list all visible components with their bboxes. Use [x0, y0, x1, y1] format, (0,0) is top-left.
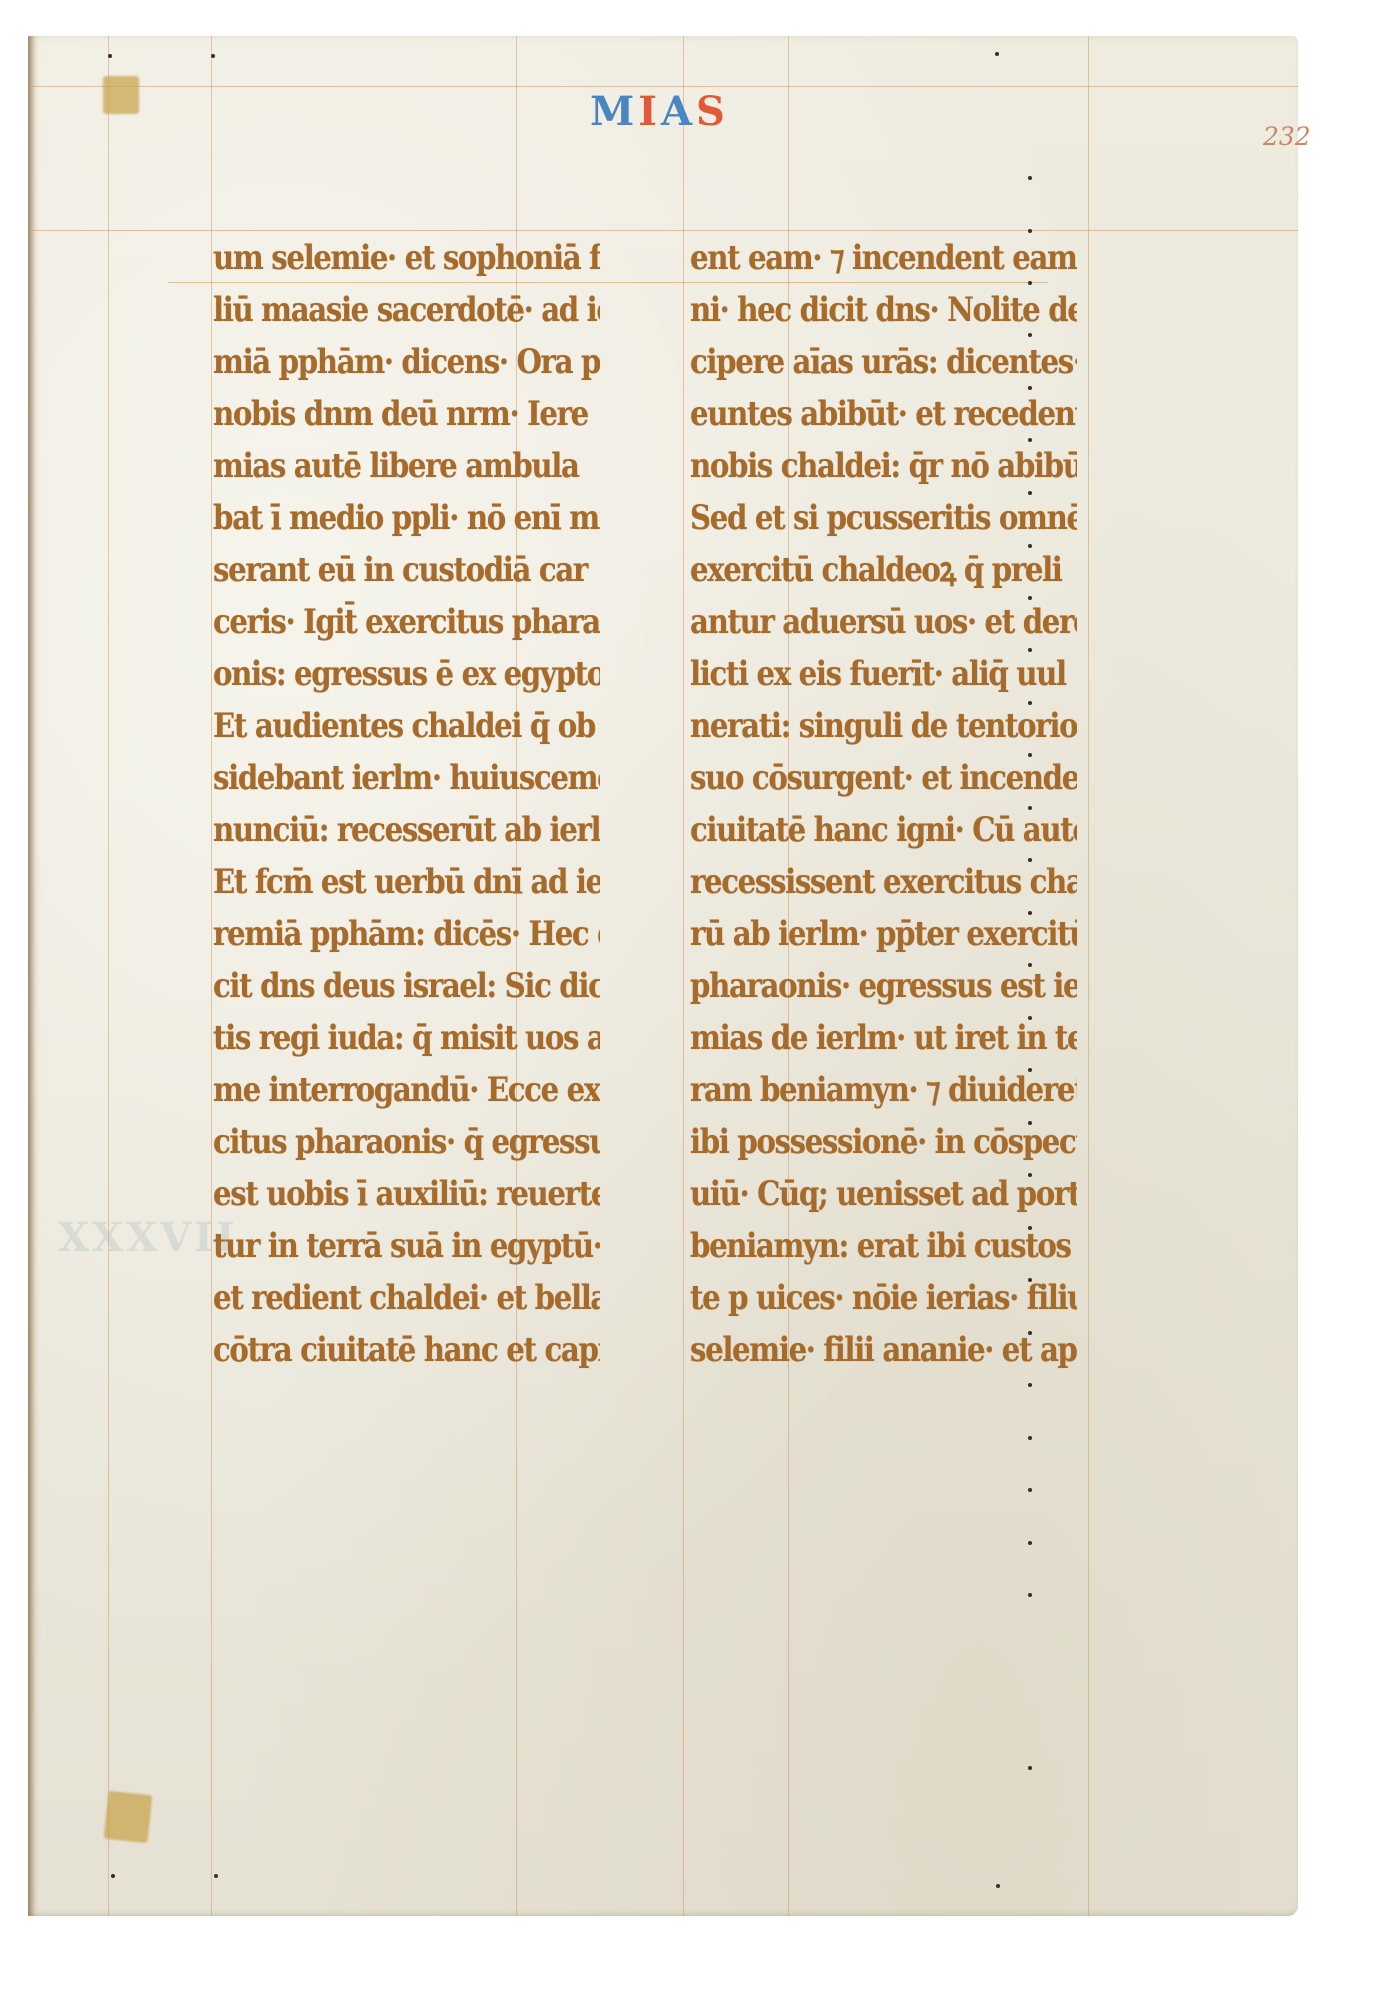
text-line: onis: egressus ē ex egypto· — [213, 648, 600, 700]
pricking-hole — [211, 54, 215, 58]
text-line: pharaonis· egressus est iere — [690, 960, 1077, 1012]
ruling-bound-left-outer — [108, 36, 109, 1916]
adhesive-stain-bottom — [104, 1791, 153, 1843]
running-title-letter: M — [590, 88, 638, 135]
text-line: beniamyn: erat ibi custos p̄ir — [690, 1220, 1077, 1272]
pricking-hole — [995, 52, 999, 56]
text-line: recessissent exercitus chaldeo — [690, 856, 1077, 908]
folio-number: 232 — [1263, 122, 1311, 151]
pricking-hole — [1028, 1436, 1032, 1440]
pricking-hole — [1028, 1383, 1032, 1387]
text-line: ceris· Igit̄ exercitus phara — [213, 596, 600, 648]
text-line: licti ex eis fuerīt· aliq̄ uul — [690, 648, 1077, 700]
pricking-hole — [111, 1874, 115, 1878]
pricking-hole — [108, 54, 112, 58]
text-line: liū maasie sacerdotē· ad iere — [213, 284, 600, 336]
text-line: remiā pphām: dicēs· Hec di — [213, 908, 600, 960]
text-line: nobis dnm deū nrm· Iere — [213, 388, 600, 440]
text-line: nunciū: recesserūt ab ierlm· — [213, 804, 600, 856]
running-title: MIAS — [590, 92, 729, 132]
pricking-hole — [214, 1874, 218, 1878]
adhesive-stain-top — [103, 76, 139, 114]
pricking-hole — [996, 1884, 1000, 1888]
text-line: sidebant ierlm· huiuscemodi — [213, 752, 600, 804]
pricking-hole — [1028, 1541, 1032, 1545]
text-line: um selemie· et sophoniā fi — [213, 232, 600, 284]
text-line: miā pphām· dicens· Ora p — [213, 336, 600, 388]
text-line: cipere aīas urās: dicentes· — [690, 336, 1077, 388]
text-line: et redient chaldei· et bellabūt — [213, 1272, 600, 1324]
text-line: exercitū chaldeoꝝ q̄ preli — [690, 544, 1077, 596]
ruling-bound-left-inner — [211, 36, 212, 1916]
ruling-line-top — [28, 86, 1298, 87]
ruling-line-header — [28, 230, 1298, 231]
text-line: rū ab ierlm· pp̄ter exercitū — [690, 908, 1077, 960]
running-title-letter: A — [661, 88, 696, 135]
text-line: citus pharaonis· q̄ egressus — [213, 1116, 600, 1168]
text-line: nerati: singuli de tentorio — [690, 700, 1077, 752]
text-line: uiū· Cūq; uenisset ad portā — [690, 1168, 1077, 1220]
text-line: suo cōsurgent· et incendent — [690, 752, 1077, 804]
pricking-hole — [1028, 1766, 1032, 1770]
ruling-col-gap-right — [683, 36, 684, 1916]
show-through-chapter-number: XXXVII — [58, 1214, 238, 1261]
pricking-hole — [1028, 176, 1032, 180]
text-line: ibi possessionē· in cōspectu ci — [690, 1116, 1077, 1168]
running-title-letter: S — [696, 88, 729, 135]
text-column-right: ent eam· ⁊ incendent eam ig ni· hec dici… — [690, 232, 1140, 1376]
text-line: Et audientes chaldei q̄ ob — [213, 700, 600, 752]
text-line: nobis chaldei: q̄r nō abibūt· — [690, 440, 1077, 492]
text-line: bat ī medio ppli· nō enī mi — [213, 492, 600, 544]
text-line: ciuitatē hanc igni· Cū autē — [690, 804, 1077, 856]
text-line: mias autē libere ambula — [213, 440, 600, 492]
pricking-hole — [1028, 1488, 1032, 1492]
text-line: tur in terrā suā in egyptū· — [213, 1220, 600, 1272]
text-line: te p uices· nōie ierias· filius — [690, 1272, 1077, 1324]
text-column-left: um selemie· et sophoniā fi liū maasie sa… — [213, 232, 663, 1376]
text-line: me interrogandū· Ecce exer — [213, 1064, 600, 1116]
text-line: cit dns deus israel: Sic dice — [213, 960, 600, 1012]
text-line: mias de ierlm· ut iret in ter — [690, 1012, 1077, 1064]
text-line: Sed et si pcusseritis omnē — [690, 492, 1077, 544]
text-line: ni· hec dicit dns· Nolite de — [690, 284, 1077, 336]
text-line: serant eū in custodiā car — [213, 544, 600, 596]
text-line: selemie· filii ananie· et app̄ — [690, 1324, 1077, 1376]
text-line: ent eam· ⁊ incendent eam ig — [690, 232, 1077, 284]
running-title-letter: I — [638, 88, 661, 135]
text-line: euntes abibūt· et recedent a — [690, 388, 1077, 440]
text-line: est uobis ī auxiliū: reuerte — [213, 1168, 600, 1220]
text-line: cōtra ciuitatē hanc et capi — [213, 1324, 600, 1376]
text-line: ram beniamyn· ⁊ diuideret — [690, 1064, 1077, 1116]
text-line: tis regi iuda: q̄ misit uos ad — [213, 1012, 600, 1064]
worn-left-edge — [28, 36, 38, 1916]
text-line: Et fcm̄ est uerbū dnī ad ie — [213, 856, 600, 908]
pricking-hole — [1028, 1593, 1032, 1597]
text-line: antur aduersū uos· et dere — [690, 596, 1077, 648]
